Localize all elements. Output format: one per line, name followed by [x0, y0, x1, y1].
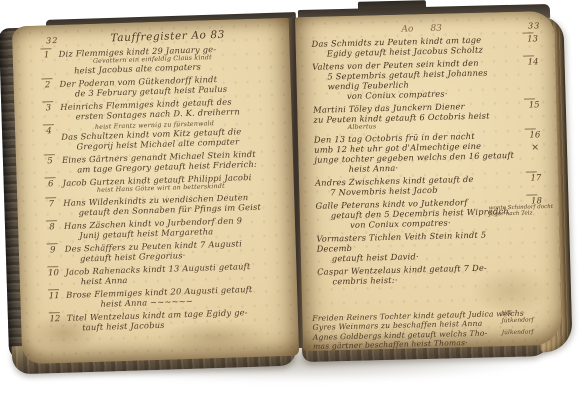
- entry-number: 2: [39, 79, 56, 99]
- manuscript-photo: 32 Tauffregister Ao 83 1Diz Flemmiges ki…: [0, 0, 580, 397]
- register-entry: Caspar Wentzelaus kindt getauft 7 De-cem…: [317, 261, 550, 287]
- entry-text: Valtens von der Peuten sein kindt den5 S…: [312, 57, 518, 102]
- entry-text: Eines Gärtners genandt Michael Stein kin…: [62, 148, 288, 175]
- entry-text: Den 13 tag Octobris frü in der nachtumb …: [314, 130, 520, 175]
- entry-number: 17: [524, 172, 548, 193]
- right-page: Ao 83 33 13Das Schmidts zu Peuten kindt …: [295, 11, 562, 351]
- entry-number: [525, 228, 550, 259]
- register-entry: 18Galle Peterans kindt vo Jutkendorfgeta…: [315, 195, 549, 231]
- margin-note-line: Jülkendorf: [502, 328, 554, 336]
- entry-text: Andres Zwischkens kindt getauft de7 Nove…: [315, 173, 520, 198]
- entry-number: 9: [45, 244, 62, 264]
- register-entry: 16✕Den 13 tag Octobris frü in der nachtu…: [314, 129, 548, 175]
- register-entry: 13Das Schmidts zu Peuten kindt am tageEg…: [311, 33, 544, 59]
- margin-note: Jülkendorf: [502, 328, 554, 336]
- entry-text: Caspar Wentzelaus kindt getauft 7 De-cem…: [317, 262, 522, 287]
- entry-text: Jacob Rahenacks kindt 13 Augusti getauft…: [65, 260, 291, 287]
- register-entry: 4heist Frantz wernig zu fürstenwaldDas S…: [41, 118, 287, 153]
- margin-note: NNJütkendorf: [501, 309, 553, 324]
- entry-text: Titel Wentzelaus kindt am tage Egidy ge-…: [67, 306, 293, 333]
- register-entry: 15Martini Töley das Junckern Dienerzu Pe…: [313, 99, 547, 132]
- right-page-number: 33: [528, 21, 540, 30]
- entry-number: 6: [43, 178, 60, 195]
- margin-note-line: Jütkendorf: [501, 316, 553, 324]
- entry-number: 16✕: [523, 129, 548, 170]
- entry-text: Vormasters Tichlen Veith Stein kindt 5 D…: [316, 229, 522, 264]
- entry-text: Hans Wildenkindts zu wendischen Deutenge…: [63, 191, 289, 218]
- entry-text: Der Poderan vom Gütkendorff kindtde 3 Fe…: [59, 72, 285, 99]
- entry-number: 7: [43, 198, 60, 218]
- entry-text: Hans Zäschen kindt vo Jurbendorf den 9Ju…: [64, 214, 290, 241]
- entry-number: 18: [524, 195, 549, 226]
- later-additions: Freiden Reiners Tochter kindt getauft Ju…: [302, 284, 562, 351]
- register-entry: 12Titel Wentzelaus kindt am tage Egidy g…: [47, 306, 293, 334]
- entry-number: 14: [521, 56, 546, 97]
- entry-text: heist Frantz wernig zu fürstenwaldDas Sc…: [61, 118, 287, 152]
- register-entry: 17Andres Zwischkens kindt getauft de7 No…: [315, 172, 548, 198]
- entry-number: 1: [39, 49, 56, 76]
- register-entry: Vormasters Tichlen Veith Stein kindt 5 D…: [316, 228, 550, 264]
- entry-text: Das Schmidts zu Peuten kindt am tageEgid…: [311, 34, 516, 59]
- entry-number: 5: [42, 155, 59, 175]
- entry-text: Diz Flemmiges kindt 29 January ge-Gevatt…: [58, 42, 284, 76]
- entry-number: 4: [41, 125, 58, 152]
- entry-text: Martini Töley das Junckern Dienerzu Peut…: [313, 100, 519, 132]
- entry-number: 10: [45, 267, 62, 287]
- register-entry: 14Valtens von der Peuten sein kindt den5…: [312, 56, 546, 102]
- entry-number: 12: [47, 313, 64, 333]
- entry-text: Des Schäffers zu Peuten kindt 7 Augustig…: [65, 237, 291, 264]
- register-entry: 1Diz Flemmiges kindt 29 January ge-Gevat…: [39, 42, 285, 77]
- entry-number: 11: [46, 290, 63, 310]
- margin-cross-mark: ✕: [523, 143, 547, 154]
- entry-number: 13: [520, 33, 544, 54]
- left-page-number: 32: [46, 36, 58, 45]
- entry-number: 8: [44, 221, 61, 241]
- entry-number: 3: [40, 102, 57, 122]
- entry-number: [526, 261, 550, 282]
- entry-text: Heinrichs Flemmiges kindt getauft desers…: [60, 95, 286, 122]
- left-page: 32 Tauffregister Ao 83 1Diz Flemmiges ki…: [12, 18, 299, 365]
- entry-number: 15: [522, 99, 547, 127]
- right-page-entries: 13Das Schmidts zu Peuten kindt am tageEg…: [295, 31, 560, 287]
- left-page-entries: 1Diz Flemmiges kindt 29 January ge-Gevat…: [12, 39, 298, 335]
- entry-text: Brose Flemmiges kindt 20 Augusti getauft…: [66, 283, 292, 310]
